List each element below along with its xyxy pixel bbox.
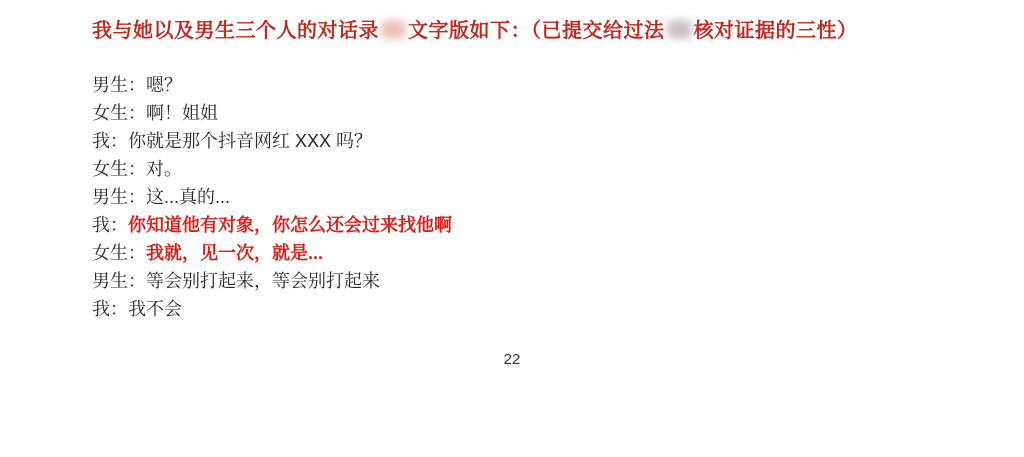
utterance: 你就是那个抖音网红 XXX 吗？ [128, 131, 372, 151]
dialogue-line: 男生：这...真的... [92, 183, 452, 211]
utterance: 啊！姐姐 [146, 103, 218, 123]
redacted-blur-block [381, 20, 406, 39]
speaker-label: 女生： [92, 103, 146, 123]
page-title: 我与她以及男生三个人的对话录文字版如下：（已提交给过法核对证据的三性） [92, 18, 858, 44]
dialogue-line: 女生：对。 [92, 155, 452, 183]
dialogue-line: 我：你就是那个抖音网红 XXX 吗？ [92, 127, 452, 155]
dialogue-line: 我：你知道他有对象，你怎么还会过来找他啊 [92, 211, 452, 239]
dialogue-line: 男生：嗯？ [92, 71, 452, 99]
dialogue-transcript: 男生：嗯？女生：啊！姐姐我：你就是那个抖音网红 XXX 吗？女生：对。男生：这.… [92, 71, 452, 323]
speaker-label: 男生： [92, 187, 146, 207]
utterance: 对。 [146, 159, 182, 179]
document-page: 我与她以及男生三个人的对话录文字版如下：（已提交给过法核对证据的三性） 男生：嗯… [0, 0, 1024, 457]
utterance-emphasized: 你知道他有对象，你怎么还会过来找他啊 [128, 215, 452, 235]
speaker-label: 女生： [92, 243, 146, 263]
speaker-label: 女生： [92, 159, 146, 179]
utterance: 我不会 [128, 299, 182, 319]
utterance: 等会别打起来，等会别打起来 [146, 271, 380, 291]
utterance: 嗯？ [146, 75, 182, 95]
speaker-label: 男生： [92, 271, 146, 291]
utterance: 这...真的... [146, 187, 230, 207]
utterance-emphasized: 我就，见一次，就是... [146, 243, 323, 263]
title-segment: 我与她以及男生三个人的对话录 [92, 20, 379, 42]
speaker-label: 男生： [92, 75, 146, 95]
speaker-label: 我： [92, 215, 128, 235]
redacted-blur-block [667, 20, 692, 39]
speaker-label: 我： [92, 131, 128, 151]
dialogue-line: 男生：等会别打起来，等会别打起来 [92, 267, 452, 295]
title-segment: 文字版如下：（已提交给过法 [408, 20, 665, 42]
dialogue-line: 女生：啊！姐姐 [92, 99, 452, 127]
dialogue-line: 我：我不会 [92, 295, 452, 323]
speaker-label: 我： [92, 299, 128, 319]
page-number: 22 [0, 351, 1024, 368]
title-segment: 核对证据的三性） [694, 20, 858, 42]
dialogue-line: 女生：我就，见一次，就是... [92, 239, 452, 267]
